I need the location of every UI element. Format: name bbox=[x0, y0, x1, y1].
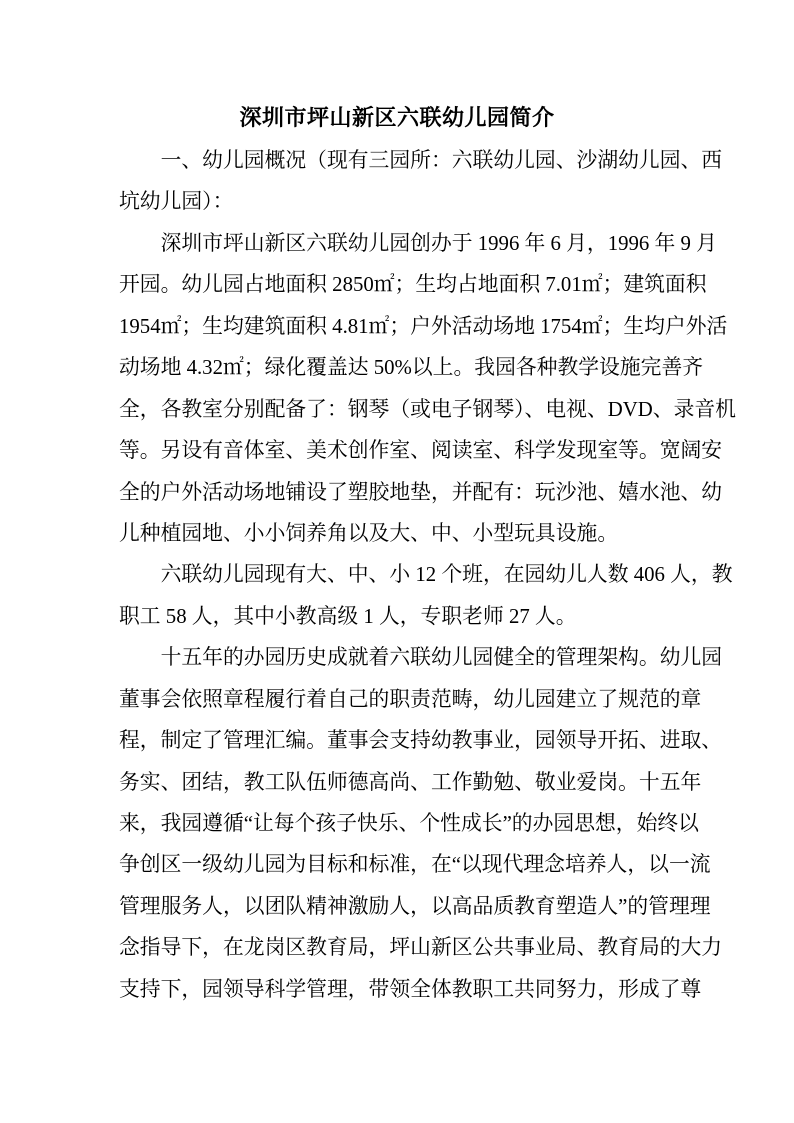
paragraph-line: 开园。幼儿园占地面积 2850㎡；生均占地面积 7.01㎡；建筑面积 bbox=[119, 264, 759, 305]
paragraph-line: 念指导下，在龙岗区教育局，坪山新区公共事业局、教育局的大力 bbox=[119, 927, 759, 968]
paragraph-line: 等。另设有音体室、美术创作室、阅读室、科学发现室等。宽阔安 bbox=[119, 430, 759, 471]
paragraph-line: 管理服务人，以团队精神激励人，以高品质教育塑造人”的管理理 bbox=[119, 886, 759, 927]
paragraph-line: 1954㎡；生均建筑面积 4.81㎡；户外活动场地 1754㎡；生均户外活 bbox=[119, 306, 759, 347]
paragraph-line: 儿种植园地、小小饲养角以及大、中、小型玩具设施。 bbox=[119, 513, 759, 554]
paragraph-line: 来，我园遵循“让每个孩子快乐、个性成长”的办园思想，始终以 bbox=[119, 803, 759, 844]
paragraph-line: 六联幼儿园现有大、中、小 12 个班，在园幼儿人数 406 人，教 bbox=[119, 554, 759, 595]
document-body: 一、幼儿园概况（现有三园所：六联幼儿园、沙湖幼儿园、西坑幼儿园）：深圳市坪山新区… bbox=[119, 140, 759, 1010]
paragraph-line: 务实、团结，教工队伍师德高尚、工作勤勉、敬业爱岗。十五年 bbox=[119, 762, 759, 803]
document-page: 深圳市坪山新区六联幼儿园简介 一、幼儿园概况（现有三园所：六联幼儿园、沙湖幼儿园… bbox=[0, 0, 794, 1123]
paragraph-line: 董事会依照章程履行着自己的职责范畴，幼儿园建立了规范的章 bbox=[119, 679, 759, 720]
paragraph-line: 全的户外活动场地铺设了塑胶地垫，并配有：玩沙池、嬉水池、幼 bbox=[119, 472, 759, 513]
document-title: 深圳市坪山新区六联幼儿园简介 bbox=[0, 101, 794, 135]
paragraph-line: 深圳市坪山新区六联幼儿园创办于 1996 年 6 月，1996 年 9 月 bbox=[119, 223, 759, 264]
paragraph-line: 坑幼儿园）： bbox=[119, 181, 759, 222]
paragraph-line: 争创区一级幼儿园为目标和标准，在“以现代理念培养人，以一流 bbox=[119, 844, 759, 885]
paragraph-line: 动场地 4.32㎡；绿化覆盖达 50%以上。我园各种教学设施完善齐 bbox=[119, 347, 759, 388]
paragraph-line: 支持下，园领导科学管理，带领全体教职工共同努力，形成了尊 bbox=[119, 969, 759, 1010]
paragraph-line: 一、幼儿园概况（现有三园所：六联幼儿园、沙湖幼儿园、西 bbox=[119, 140, 759, 181]
paragraph-line: 十五年的办园历史成就着六联幼儿园健全的管理架构。幼儿园 bbox=[119, 637, 759, 678]
paragraph-line: 程，制定了管理汇编。董事会支持幼教事业，园领导开拓、进取、 bbox=[119, 720, 759, 761]
paragraph-line: 全，各教室分别配备了：钢琴（或电子钢琴）、电视、DVD、录音机 bbox=[119, 389, 759, 430]
paragraph-line: 职工 58 人，其中小教高级 1 人，专职老师 27 人。 bbox=[119, 596, 759, 637]
